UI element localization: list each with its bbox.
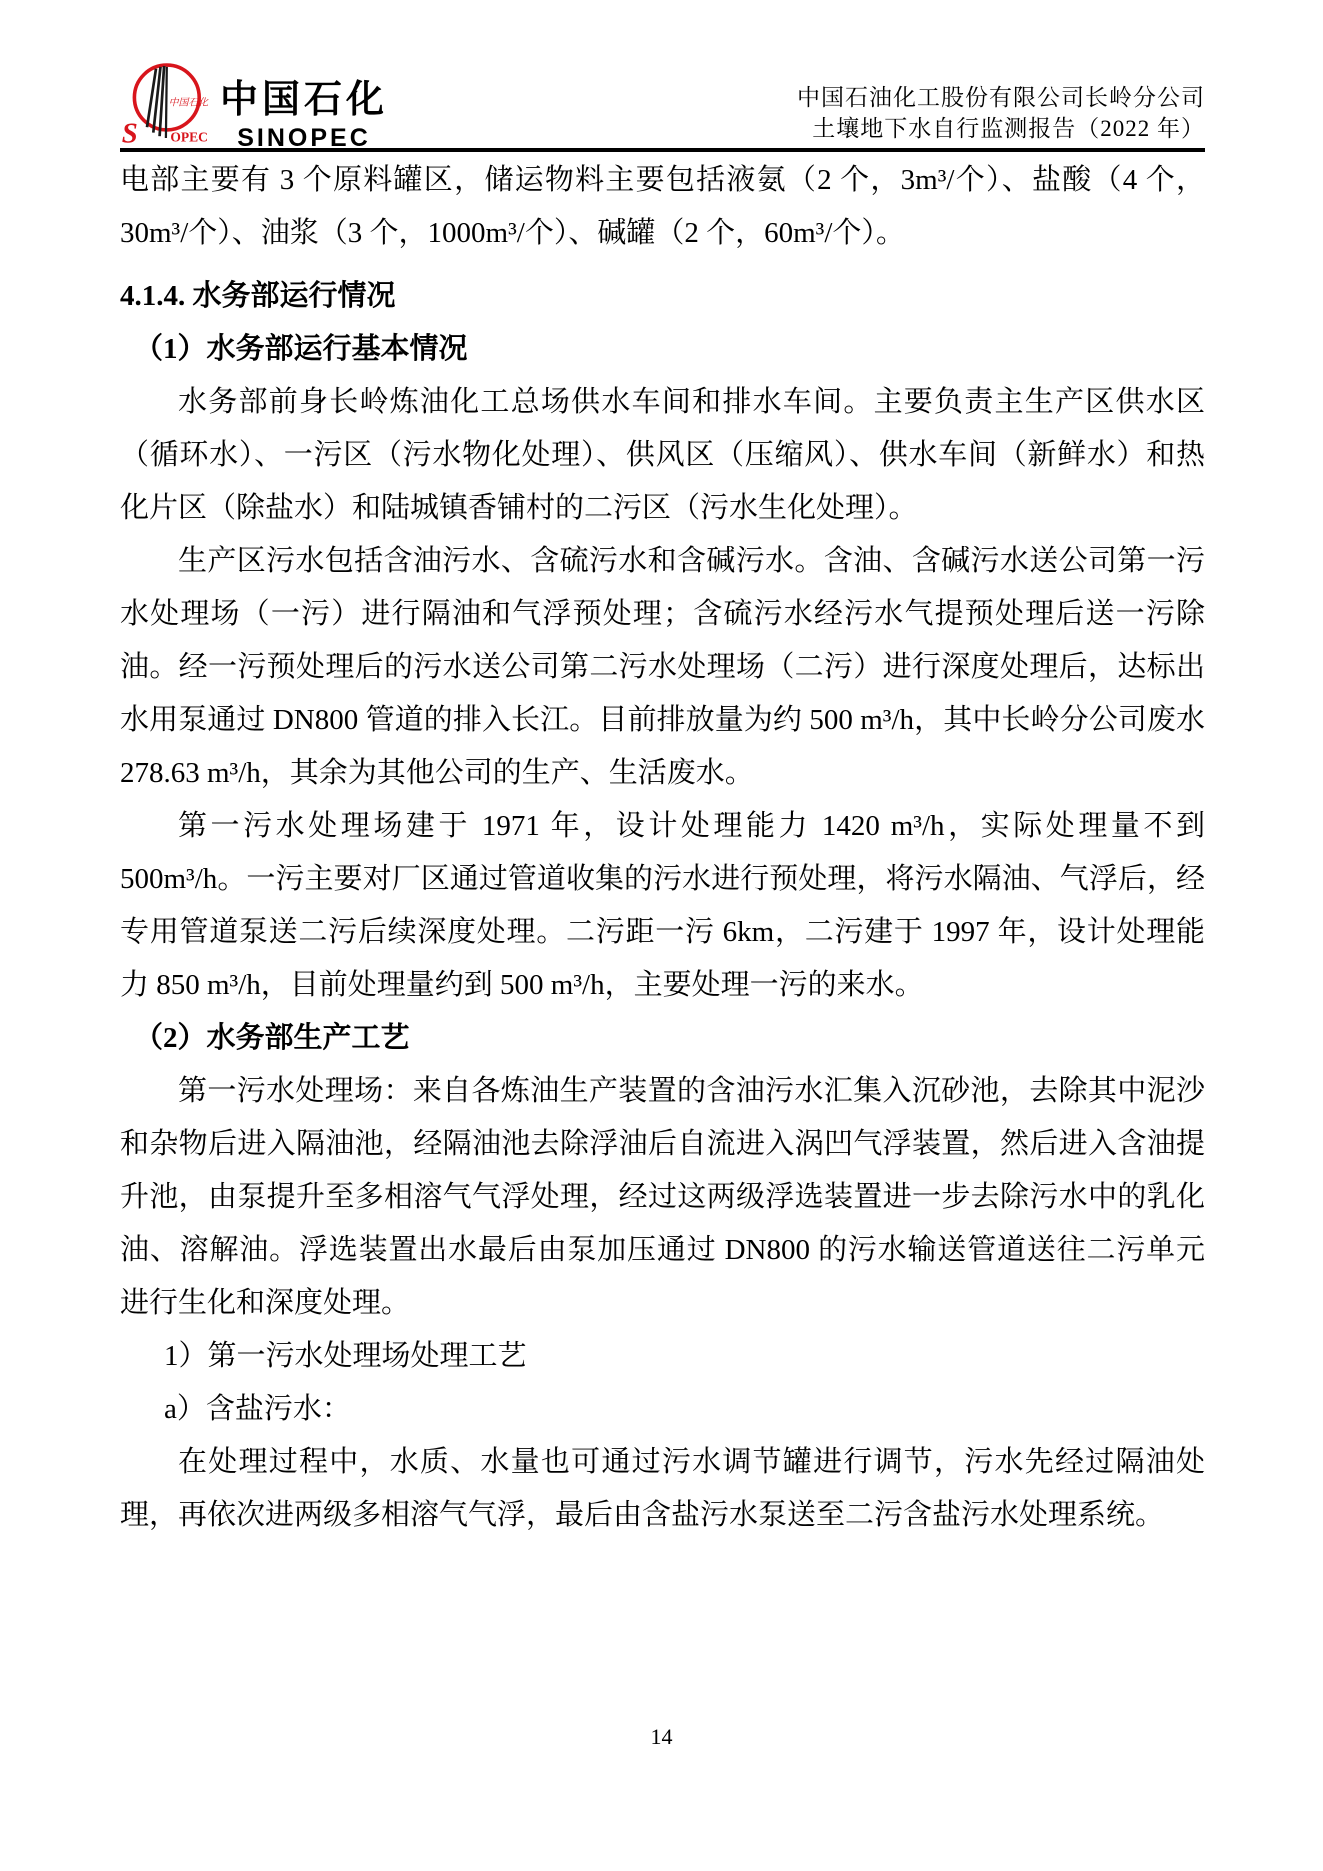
subsection-heading-2: （2）水务部生产工艺	[120, 1012, 1205, 1065]
paragraph-water-dept-overview: 水务部前身长岭炼油化工总场供水车间和排水车间。主要负责主生产区供水区（循环水）、…	[120, 376, 1205, 535]
paragraph-salty-water-treatment: 在处理过程中，水质、水量也可通过污水调节罐进行调节，污水先经过隔油处理，再依次进…	[120, 1436, 1205, 1542]
emblem-small-text: 中国石化	[169, 97, 210, 109]
company-title-line: 中国石油化工股份有限公司长岭分公司	[797, 82, 1205, 113]
brand-name-cn: 中国石化	[220, 68, 388, 123]
paragraph-plant-history: 第一污水处理场建于 1971 年，设计处理能力 1420 m³/h，实际处理量不…	[120, 800, 1205, 1012]
document-body: 电部主要有 3 个原料罐区，储运物料主要包括液氨（2 个，3m³/个）、盐酸（4…	[120, 154, 1205, 1542]
list-item-1-process: 1）第一污水处理场处理工艺	[120, 1330, 1205, 1383]
page-header: 中国石化 S OPEC 中国石化 SINOPEC 中国石油化工股份有限公司长岭分…	[120, 0, 1205, 152]
report-header-titles: 中国石油化工股份有限公司长岭分公司 土壤地下水自行监测报告（2022 年）	[797, 82, 1205, 144]
page-number: 14	[0, 1724, 1323, 1750]
emblem-opec-letters: OPEC	[170, 130, 208, 145]
document-page: 中国石化 S OPEC 中国石化 SINOPEC 中国石油化工股份有限公司长岭分…	[0, 0, 1323, 1871]
brand-wordmark: 中国石化 SINOPEC	[220, 68, 388, 153]
paragraph-wastewater-routing: 生产区污水包括含油污水、含硫污水和含碱污水。含油、含碱污水送公司第一污水处理场（…	[120, 535, 1205, 800]
report-title-line: 土壤地下水自行监测报告（2022 年）	[797, 113, 1205, 144]
paragraph-tank-area: 电部主要有 3 个原料罐区，储运物料主要包括液氨（2 个，3m³/个）、盐酸（4…	[120, 154, 1205, 260]
brand-name-en: SINOPEC	[237, 124, 371, 153]
sinopec-brand: 中国石化 S OPEC 中国石化 SINOPEC	[120, 58, 388, 153]
emblem-s-letter: S	[122, 118, 138, 147]
list-item-a-salty-water: a）含盐污水：	[120, 1383, 1205, 1436]
paragraph-production-process: 第一污水处理场：来自各炼油生产装置的含油污水汇集入沉砂池，去除其中泥沙和杂物后进…	[120, 1065, 1205, 1330]
subsection-heading-1: （1）水务部运行基本情况	[120, 323, 1205, 376]
sinopec-logo-icon: 中国石化 S OPEC	[120, 58, 210, 146]
section-heading-4-1-4: 4.1.4. 水务部运行情况	[120, 270, 1205, 323]
